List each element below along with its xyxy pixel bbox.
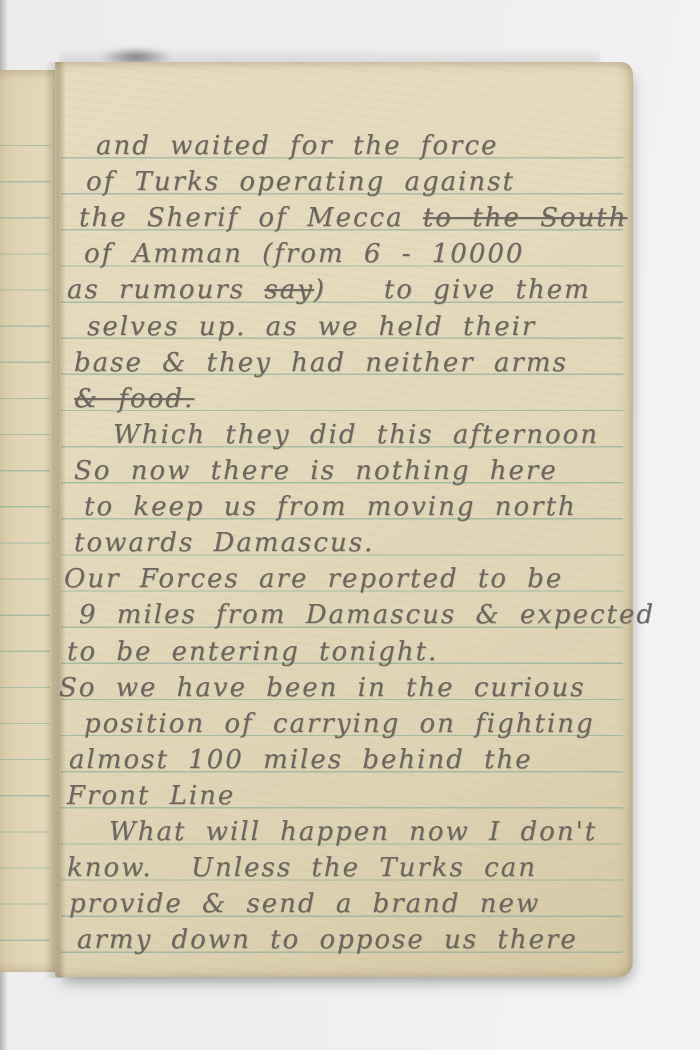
handwriting-line: the Sherif of Mecca to the South bbox=[55, 200, 627, 236]
handwriting-text: position of carrying on fighting bbox=[84, 709, 595, 739]
handwriting-line: to be entering tonight. bbox=[55, 634, 627, 670]
handwriting-line: Front Line bbox=[55, 778, 627, 814]
handwriting-text: as rumours bbox=[67, 275, 264, 305]
handwriting-text: 9 miles from Damascus & expected bbox=[79, 600, 655, 630]
handwriting-text: and waited for the force bbox=[96, 131, 498, 161]
handwriting-line: as rumours say) to give them bbox=[55, 272, 627, 308]
handwriting-line: towards Damascus. bbox=[55, 525, 627, 561]
handwriting-text: to be entering tonight. bbox=[67, 637, 438, 667]
handwriting-text: Front Line bbox=[67, 781, 235, 811]
handwriting-text: know. Unless the Turks can bbox=[67, 853, 537, 883]
handwriting-text: base & they had neither arms bbox=[74, 348, 568, 378]
handwriting-line: of Amman (from 6 - 10000 bbox=[55, 236, 627, 272]
handwriting-text: towards Damascus. bbox=[74, 528, 374, 558]
handwriting-text: What will happen now I don't bbox=[109, 817, 597, 847]
handwriting-line: provide & send a brand new bbox=[55, 886, 627, 922]
diary-photo: and waited for the forceof Turks operati… bbox=[0, 0, 700, 1050]
handwriting-text: Which they did this afternoon bbox=[113, 420, 599, 450]
handwriting-line: 9 miles from Damascus & expected bbox=[55, 597, 627, 633]
handwriting-lines: and waited for the forceof Turks operati… bbox=[55, 128, 627, 959]
previous-page-edge bbox=[0, 70, 56, 972]
handwriting-text: to keep us from moving north bbox=[84, 492, 577, 522]
handwriting-text: provide & send a brand new bbox=[69, 889, 540, 919]
handwriting-text: of Turks operating against bbox=[86, 167, 515, 197]
handwriting-line: What will happen now I don't bbox=[55, 814, 627, 850]
handwriting-line: selves up. as we held their bbox=[55, 309, 627, 345]
handwriting-line: Which they did this afternoon bbox=[55, 417, 627, 453]
handwriting-line: So we have been in the curious bbox=[55, 670, 627, 706]
handwriting-text: ) to give them bbox=[314, 275, 591, 305]
handwriting-line: to keep us from moving north bbox=[55, 489, 627, 525]
struck-handwriting-text: & food. bbox=[74, 384, 194, 414]
handwriting-line: So now there is nothing here bbox=[55, 453, 627, 489]
handwriting-line: almost 100 miles behind the bbox=[55, 742, 627, 778]
struck-handwriting-text: say bbox=[264, 275, 314, 305]
handwriting-line: of Turks operating against bbox=[55, 164, 627, 200]
handwriting-text: Our Forces are reported to be bbox=[64, 564, 563, 594]
handwriting-line: know. Unless the Turks can bbox=[55, 850, 627, 886]
handwriting-line: and waited for the force bbox=[55, 128, 627, 164]
handwriting-text: So we have been in the curious bbox=[59, 673, 586, 703]
handwriting-line: & food. bbox=[55, 381, 627, 417]
handwriting-text: army down to oppose us there bbox=[77, 925, 578, 955]
handwriting-line: base & they had neither arms bbox=[55, 345, 627, 381]
previous-page-ruled-lines bbox=[0, 145, 50, 943]
handwriting-text: of Amman (from 6 - 10000 bbox=[84, 239, 524, 269]
struck-handwriting-text: to the South bbox=[423, 203, 628, 233]
handwriting-text: the Sherif of Mecca bbox=[79, 203, 423, 233]
notebook-page: and waited for the forceof Turks operati… bbox=[55, 62, 633, 977]
handwriting-line: army down to oppose us there bbox=[55, 922, 627, 958]
handwriting-text: almost 100 miles behind the bbox=[69, 745, 533, 775]
handwriting-text: So now there is nothing here bbox=[74, 456, 558, 486]
handwriting-line: Our Forces are reported to be bbox=[55, 561, 627, 597]
handwriting-text: selves up. as we held their bbox=[87, 312, 536, 342]
handwriting-line: position of carrying on fighting bbox=[55, 706, 627, 742]
